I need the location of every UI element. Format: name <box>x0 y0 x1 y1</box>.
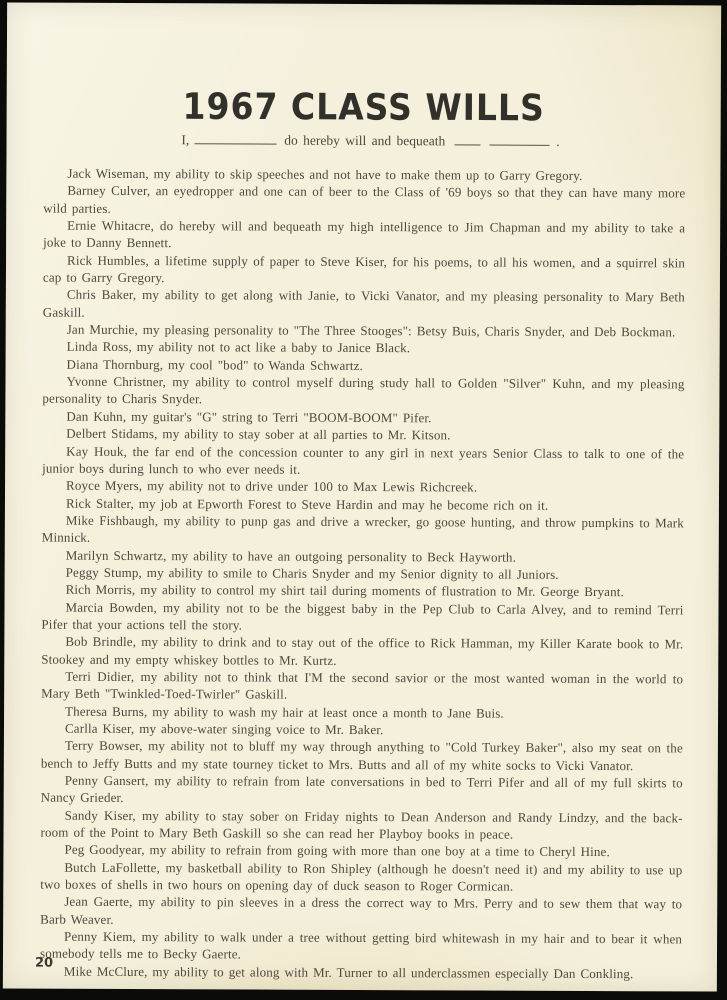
will-entry: Penny Gansert, my ability to refrain fro… <box>41 772 683 809</box>
will-entry: Terri Didier, my ability not to think th… <box>41 668 683 705</box>
page-title: 1967 CLASS WILLS <box>7 2 722 129</box>
wills-list: Jack Wiseman, my ability to skip speeche… <box>40 165 686 983</box>
will-entry: Mike McClure, my ability to get along wi… <box>40 962 682 982</box>
will-entry: Barney Culver, an eyedropper and one can… <box>43 182 685 219</box>
will-entry: Marcia Bowden, my ability not to be the … <box>41 598 683 635</box>
will-entry: Yvonne Christner, my ability to control … <box>42 373 684 410</box>
opening-fill-in-line: I,do hereby will and bequeath. <box>7 131 721 150</box>
will-entry: Chris Baker, my ability to get along wit… <box>43 286 685 323</box>
will-entry: Royce Myers, my ability not to drive und… <box>42 477 684 497</box>
will-entry: Terry Bowser, my ability not to bluff my… <box>41 737 683 774</box>
will-entry: Kay Houk, the far end of the concession … <box>42 442 684 479</box>
will-entry: Penny Kiem, my ability to walk under a t… <box>40 928 682 965</box>
will-entry: Ernie Whitacre, do hereby will and beque… <box>43 217 685 254</box>
will-entry: Jean Gaerte, my ability to pin sleeves i… <box>40 893 682 930</box>
scanned-yearbook-page: 1967 CLASS WILLS I,do hereby will and be… <box>3 2 721 991</box>
page-number: 20 <box>35 956 53 971</box>
will-entry: Delbert Stidams, my ability to stay sobe… <box>42 425 684 445</box>
bequest-blank-long <box>489 134 549 146</box>
will-entry: Rich Morris, my ability to control my sh… <box>42 581 684 601</box>
opening-period: . <box>556 134 559 149</box>
will-entry: Rick Humbles, a lifetime supply of paper… <box>43 251 685 288</box>
opening-middle: do hereby will and bequeath <box>284 133 445 149</box>
name-blank-line <box>194 132 276 144</box>
will-entry: Bob Brindle, my ability to drink and to … <box>41 633 683 670</box>
bequest-blank-short <box>454 133 480 145</box>
will-entry: Sandy Kiser, my ability to stay sober on… <box>40 806 682 843</box>
will-entry: Mike Fishbaugh, my ability to punp gas a… <box>42 511 684 548</box>
opening-prefix: I, <box>181 132 189 147</box>
will-entry: Butch LaFollette, my basketball ability … <box>40 858 682 895</box>
